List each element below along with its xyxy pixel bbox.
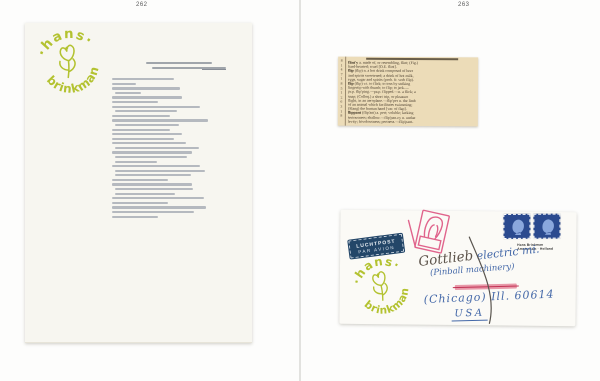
left-page-number: 262	[136, 2, 148, 8]
tulip-icon	[369, 271, 393, 302]
address-line-4: USA	[451, 308, 487, 322]
queen-profile-icon	[508, 217, 526, 235]
typewritten-text-block	[112, 62, 234, 220]
tulip-icon	[56, 45, 80, 79]
queen-profile-icon	[538, 217, 556, 235]
queen-profile-stamp	[533, 214, 560, 239]
typed-letter-sheet: ·hans·brinkman	[25, 23, 252, 343]
envelope: LUCHTPOST PAR AVION Hans BrinkmanAmst	[339, 210, 576, 326]
clipping-text: flint'y a. made of, or resembling, flint…	[346, 57, 478, 127]
clipping-line: levity; frivolousness; pertness.—flip'pa…	[348, 120, 476, 125]
svg-text:·hans·: ·hans·	[30, 22, 97, 62]
queen-profile-stamp	[503, 214, 530, 239]
svg-text:brinkman: brinkman	[360, 283, 418, 325]
address-line-3: (Chicago) Ill. 60614	[423, 288, 554, 306]
dictionary-clipping: 8147185126318 flint'y a. made of, or res…	[338, 57, 478, 127]
address-name-suffix: electric mi.	[473, 242, 541, 262]
book-spread: 262 263 ·hans·brinkman 8147185126318 fli…	[0, 0, 600, 381]
hans-brinkman-stamp-logo: ·hans·brinkman	[28, 22, 113, 107]
right-page-number: 263	[458, 2, 470, 8]
book-gutter-line	[299, 0, 301, 381]
postage-stamps	[503, 214, 560, 239]
